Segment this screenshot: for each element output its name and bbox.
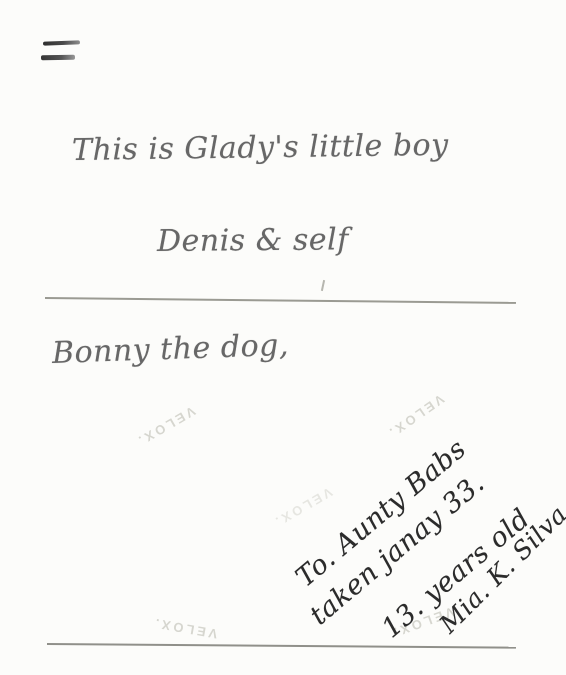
inscription-denis-and-self: Denis & self bbox=[157, 222, 349, 259]
velox-watermark: VELOX. bbox=[385, 392, 447, 442]
scanned-photo-backs-page: This is Glady's little boy Denis & self … bbox=[0, 0, 566, 675]
velox-watermark: VELOX. bbox=[271, 485, 335, 531]
velox-watermark: VELOX. bbox=[151, 615, 218, 641]
inscription-gladys-little-boy: This is Glady's little boy bbox=[72, 128, 449, 168]
photo-edge-line-bottom bbox=[47, 643, 516, 648]
velox-watermark: VELOX. bbox=[134, 404, 198, 450]
inscription-bonny-the-dog: Bonny the dog, bbox=[51, 328, 289, 371]
pen-scribble-mark bbox=[43, 40, 80, 45]
photo-edge-line-top bbox=[45, 297, 516, 303]
pen-scribble-mark bbox=[41, 55, 75, 61]
stray-pencil-tick bbox=[321, 280, 325, 291]
